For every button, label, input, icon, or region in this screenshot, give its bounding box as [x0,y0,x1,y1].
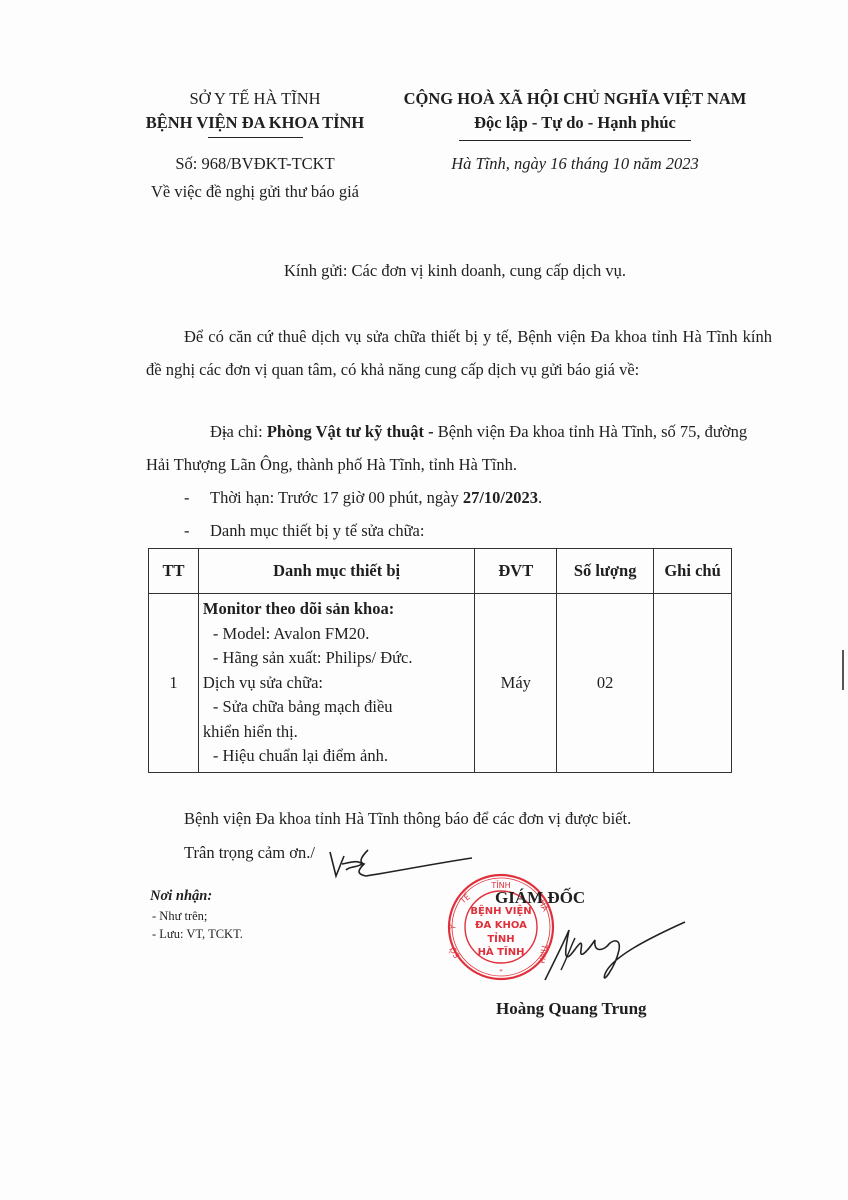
cell-tt: 1 [149,594,199,773]
cell-note [654,594,732,773]
device-manufacturer: - Hãng sản xuất: Philips/ Đức. [203,646,470,671]
table-row: 1 Monitor theo dõi sản khoa: - Model: Av… [149,594,732,773]
intro-paragraph: Để có căn cứ thuê dịch vụ sửa chữa thiết… [146,320,772,386]
service-item-1-cont: khiển hiển thị. [203,720,470,745]
svg-text:TẾ: TẾ [456,890,472,906]
closing-notice: Bệnh viện Đa khoa tỉnh Hà Tĩnh thông báo… [184,809,631,829]
svg-text:*: * [499,968,503,976]
svg-text:HÀ TĨNH: HÀ TĨNH [478,945,525,958]
header-left-underline [208,137,303,138]
scan-edge-mark [842,650,844,690]
col-header-quantity: Số lượng [557,549,654,594]
cell-unit: Máy [475,594,557,773]
recipient-item: - Như trên; [152,909,207,924]
address-department: Phòng Vật tư kỹ thuật - [267,422,434,441]
director-signature-icon [535,910,695,990]
col-header-device: Danh mục thiết bị [198,549,474,594]
col-header-note: Ghi chú [654,549,732,594]
col-header-unit: ĐVT [475,549,557,594]
recipient-item: - Lưu: VT, TCKT. [152,927,243,942]
organization-name: BỆNH VIỆN ĐA KHOA TỈNH [120,111,390,135]
national-motto: Độc lập - Tự do - Hạnh phúc [380,111,770,135]
recipients-title: Nơi nhận: [150,888,212,905]
national-heading-block: CỘNG HOÀ XÃ HỘI CHỦ NGHĨA VIỆT NAM Độc l… [380,87,770,135]
place-date: Hà Tĩnh, ngày 16 tháng 10 năm 2023 [380,152,770,176]
table-header-row: TT Danh mục thiết bị ĐVT Số lượng Ghi ch… [149,549,732,594]
bullet-device-list: -Danh mục thiết bị y tế sửa chữa: [184,514,424,547]
addressee: Kính gửi: Các đơn vị kinh doanh, cung cấ… [140,261,770,281]
col-header-tt: TT [149,549,199,594]
issuing-agency-block: SỞ Y TẾ HÀ TĨNH BỆNH VIỆN ĐA KHOA TỈNH [120,87,390,135]
device-table: TT Danh mục thiết bị ĐVT Số lượng Ghi ch… [148,548,732,773]
deadline-date: 27/10/2023 [463,488,538,507]
service-item-1: - Sửa chữa bảng mạch điều [203,695,470,720]
cell-quantity: 02 [557,594,654,773]
document-number: Số: 968/BVĐKT-TCKT [120,152,390,176]
bullet-dash: - [184,415,210,448]
bullet-deadline: -Thời hạn: Trước 17 giờ 00 phút, ngày 27… [184,481,542,514]
service-title: Dịch vụ sửa chữa: [203,671,470,696]
agency-name: SỞ Y TẾ HÀ TĨNH [120,87,390,111]
closing-thanks: Trân trọng cảm ơn./ [184,843,315,863]
document-subject: Về việc đề nghị gửi thư báo giá [120,180,390,204]
cell-device-description: Monitor theo dõi sản khoa: - Model: Aval… [198,594,474,773]
signer-position: GIÁM ĐỐC [495,888,585,908]
svg-text:TỈNH: TỈNH [487,931,514,945]
service-item-2: - Hiệu chuẩn lại điểm ảnh. [203,744,470,769]
device-model: - Model: Avalon FM20. [203,622,470,647]
bullet-address: -Địa chỉ: Phòng Vật tư kỹ thuật - Bệnh v… [146,415,772,481]
signer-name: Hoàng Quang Trung [496,999,647,1019]
svg-text:ĐA KHOA: ĐA KHOA [475,920,527,931]
motto-underline [459,140,691,141]
device-title: Monitor theo dõi sản khoa: [203,597,470,622]
nation-title: CỘNG HOÀ XÃ HỘI CHỦ NGHĨA VIỆT NAM [380,87,770,111]
